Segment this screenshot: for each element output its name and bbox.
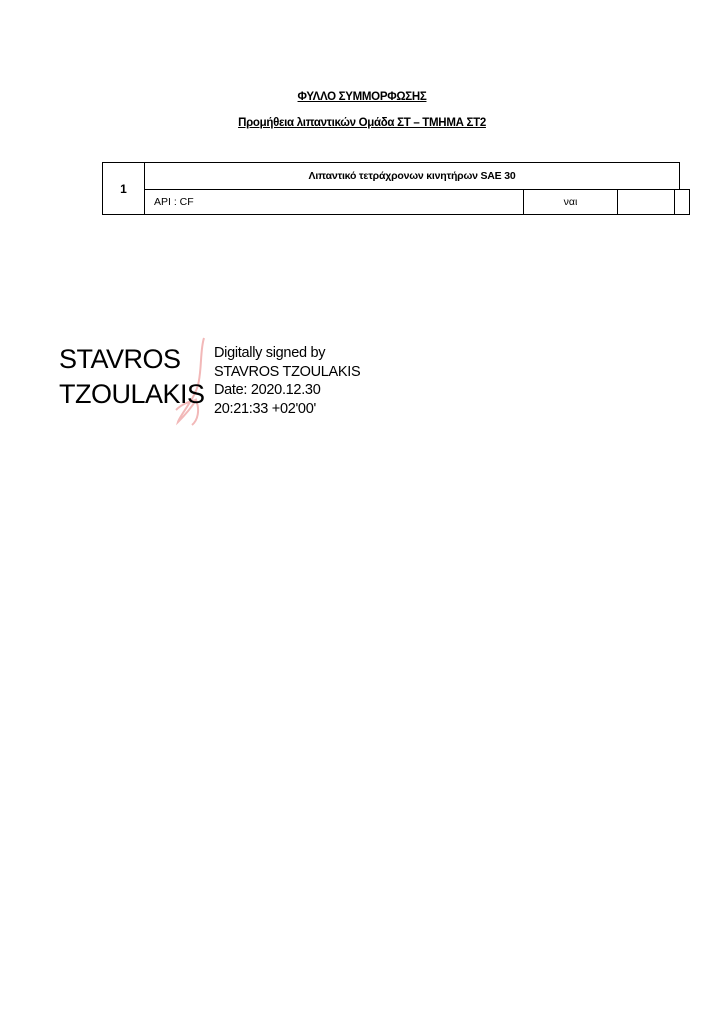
- signature-date: Date: 2020.12.30: [214, 381, 360, 400]
- signer-name: STAVROS TZOULAKIS: [59, 342, 205, 412]
- row-number: 1: [102, 162, 145, 215]
- document-title: ΦΥΛΛΟ ΣΥΜΜΟΡΦΩΣΗΣ: [0, 91, 724, 103]
- signer-first-name: STAVROS: [59, 342, 205, 377]
- empty-cell: [674, 189, 690, 215]
- signer-last-name: TZOULAKIS: [59, 377, 205, 412]
- product-spec: API : CF: [144, 189, 524, 215]
- empty-cell: [617, 189, 675, 215]
- signature-time: 20:21:33 +02'00': [214, 400, 360, 419]
- compliance-value: ναι: [523, 189, 618, 215]
- signature-info-line: STAVROS TZOULAKIS: [214, 363, 360, 382]
- document-subtitle: Προμήθεια λιπαντικών Ομάδα ΣΤ – ΤΜΗΜΑ ΣΤ…: [0, 117, 724, 129]
- product-name: Λιπαντικό τετράχρονων κινητήρων SAE 30: [144, 162, 680, 190]
- signature-info-line: Digitally signed by: [214, 344, 360, 363]
- signature-details: Digitally signed by STAVROS TZOULAKIS Da…: [214, 344, 360, 418]
